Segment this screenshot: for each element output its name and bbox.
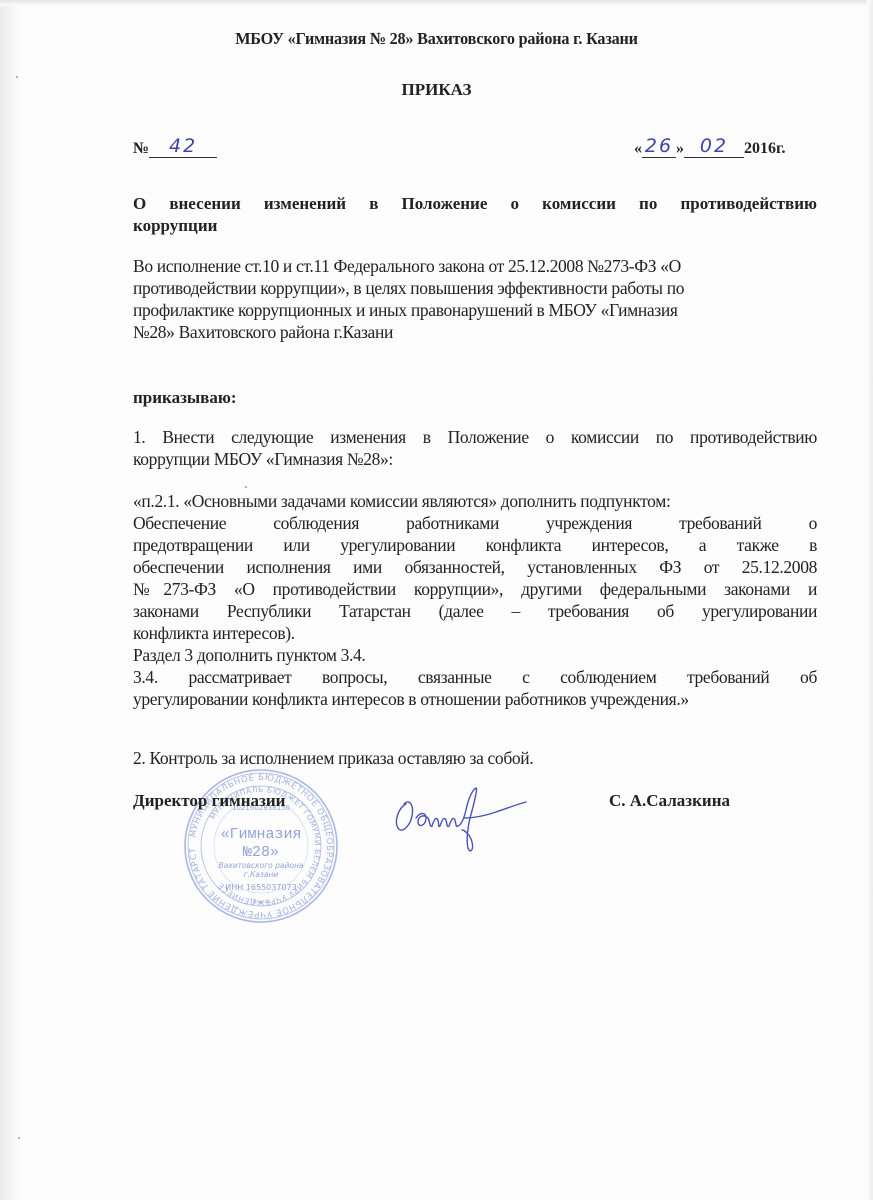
order-item-2: 2. Контроль за исполнением приказа остав… xyxy=(133,747,533,769)
order-title: О внесении изменений в Положение о комис… xyxy=(133,193,817,237)
month-blank: 02 xyxy=(684,140,744,158)
signatory-name: С. А.Салазкина xyxy=(609,791,730,811)
amendment-text: «п.2.1. «Основными задачами комиссии явл… xyxy=(133,490,817,710)
handwritten-order-number: 42 xyxy=(149,135,217,157)
svg-text:№28»: №28» xyxy=(243,844,279,861)
preamble-line: Во исполнение ст.10 и ст.11 Федерального… xyxy=(133,255,823,277)
order-title-line-1: О внесении изменений в Положение о комис… xyxy=(133,193,817,215)
day-blank: 26 xyxy=(642,140,676,158)
signatory-position: Директор гимназии xyxy=(133,791,285,811)
preamble-paragraph: Во исполнение ст.10 и ст.11 Федерального… xyxy=(133,255,823,343)
date-open-quote: « xyxy=(634,140,642,158)
amendment-line: Обеспечение соблюдения работниками учреж… xyxy=(133,512,817,534)
directive-word: приказываю: xyxy=(133,388,237,408)
amendment-line: обеспечении исполнения ими обязанностей,… xyxy=(133,556,817,578)
amendment-line: законами Республики Татарстан (далее – т… xyxy=(133,600,817,622)
scan-speck xyxy=(18,1137,20,1139)
scan-speck xyxy=(16,76,18,78)
date-close-quote: » xyxy=(676,140,684,158)
svg-text:ИНН 1655037073: ИНН 1655037073 xyxy=(225,883,296,892)
number-blank: 42 xyxy=(149,140,217,158)
handwritten-month: 02 xyxy=(684,135,744,157)
section-3-addition: Раздел 3 дополнить пунктом 3.4. xyxy=(133,644,817,666)
item-3-4-line: урегулировании конфликта интересов в отн… xyxy=(133,688,817,710)
document-type-heading: ПРИКАЗ xyxy=(0,80,873,100)
scanned-order-page: МБОУ «Гимназия № 28» Вахитовского района… xyxy=(0,0,873,1200)
order-item-1-line: 1. Внести следующие изменения в Положени… xyxy=(133,426,817,448)
order-item-1-line: коррупции МБОУ «Гимназия №28»: xyxy=(133,448,817,470)
svg-text:Вахитовского района: Вахитовского района xyxy=(219,861,304,870)
number-sign: № xyxy=(133,140,149,158)
amendment-line: предотвращении или урегулировании конфли… xyxy=(133,534,817,556)
order-item-1: 1. Внести следующие изменения в Положени… xyxy=(133,426,817,470)
date-year: 2016г. xyxy=(744,140,785,158)
order-date: « 26 » 02 2016г. xyxy=(634,140,785,158)
preamble-line: противодействии коррупции», в целях повы… xyxy=(133,277,823,299)
svg-text:г.Казани: г.Казани xyxy=(244,870,279,879)
amendment-line: конфликта интересов). xyxy=(133,622,817,644)
order-title-line-2: коррупции xyxy=(133,215,817,237)
svg-text:* * *: * * * xyxy=(253,899,269,908)
svg-text:«Гимназия: «Гимназия xyxy=(220,826,301,843)
handwritten-day: 26 xyxy=(642,135,676,157)
scan-speck xyxy=(245,486,247,488)
order-number: № 42 xyxy=(133,140,217,158)
preamble-line: профилактике коррупционных и иных правон… xyxy=(133,299,823,321)
amendment-intro: «п.2.1. «Основными задачами комиссии явл… xyxy=(133,490,817,512)
preamble-line: №28» Вахитовского района г.Казани xyxy=(133,321,823,343)
amendment-line: №273-ФЗ «О противодействии коррупции», д… xyxy=(133,578,817,600)
organization-header: МБОУ «Гимназия № 28» Вахитовского района… xyxy=(22,29,851,49)
item-3-4-line: 3.4. рассматривает вопросы, связанные с … xyxy=(133,666,817,688)
handwritten-signature xyxy=(392,782,532,857)
signature-scribble-icon xyxy=(392,782,532,857)
